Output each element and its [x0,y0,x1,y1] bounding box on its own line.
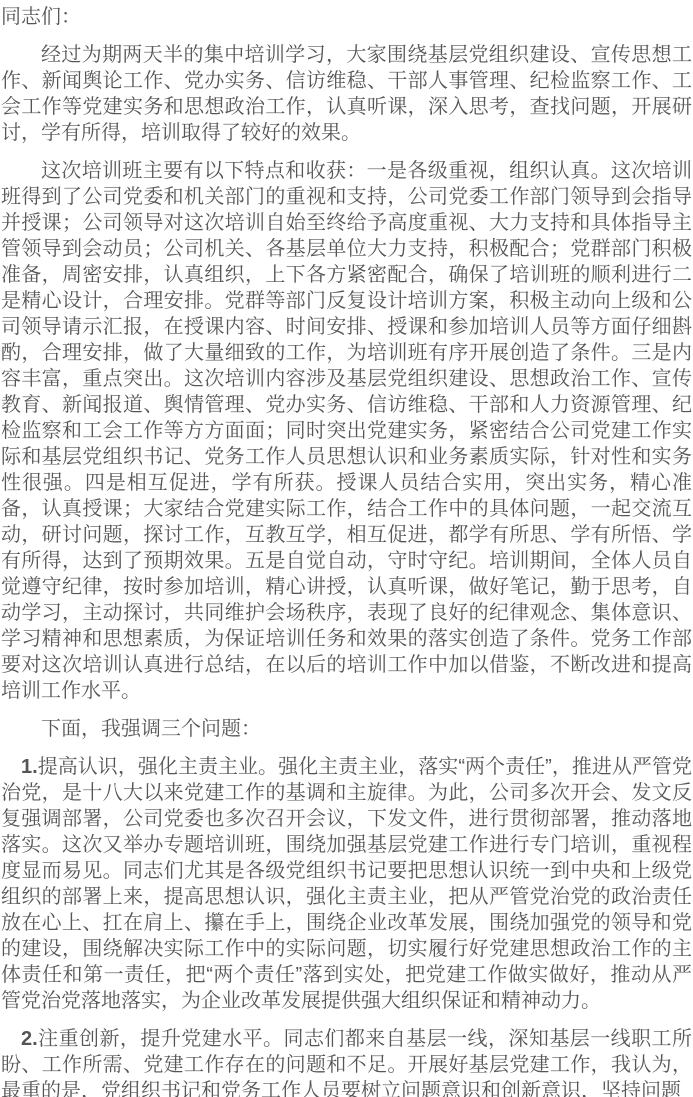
paragraph-point-2: 2.注重创新，提升党建水平。同志们都来自基层一线，深知基层一线职工所盼、工作所需… [1,1026,692,1097]
paragraph-transition: 下面，我强调三个问题： [1,716,692,742]
point-2-number: 2. [21,1028,38,1050]
paragraph-training-summary: 这次培训班主要有以下特点和收获：一是各级重视，组织认真。这次培训班得到了公司党委… [1,158,692,704]
document-page: 同志们： 经过为期两天半的集中培训学习，大家围绕基层党组织建设、宣传思想工作、新… [0,0,693,1097]
point-1-number: 1. [21,756,38,778]
paragraph-intro: 经过为期两天半的集中培训学习，大家围绕基层党组织建设、宣传思想工作、新闻舆论工作… [1,42,692,146]
point-1-text: 提高认识，强化主责主业。强化主责主业，落实“两个责任”，推进从严管党治党，是十八… [1,756,692,1012]
point-2-text: 注重创新，提升党建水平。同志们都来自基层一线，深知基层一线职工所盼、工作所需、党… [1,1028,692,1097]
paragraph-point-1: 1.提高认识，强化主责主业。强化主责主业，落实“两个责任”，推进从严管党治党，是… [1,754,692,1014]
salutation: 同志们： [1,4,692,30]
